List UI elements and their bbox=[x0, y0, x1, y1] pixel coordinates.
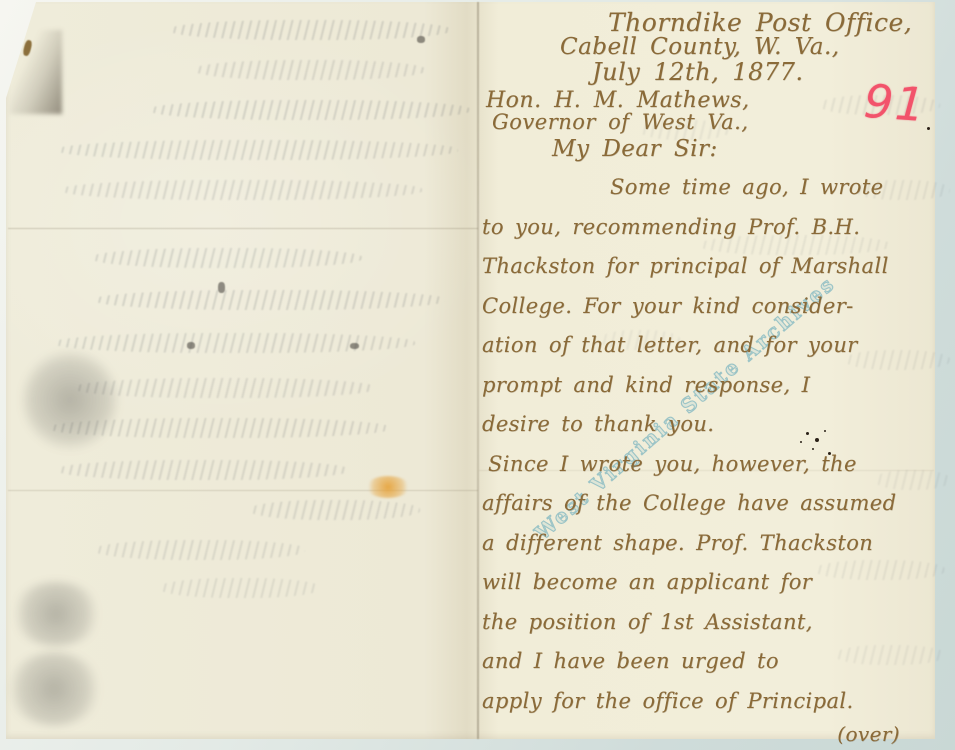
ghost-mark bbox=[350, 343, 359, 349]
ghost-mark bbox=[187, 342, 195, 349]
letter-body-line: desire to thank you. bbox=[482, 405, 934, 445]
letter-body-line: the position of 1st Assistant, bbox=[482, 603, 934, 643]
letter-body-line: College. For your kind consider- bbox=[482, 287, 934, 327]
catalog-number: 91 bbox=[862, 74, 928, 132]
letter-body-line: affairs of the College have assumed bbox=[482, 484, 934, 524]
ghost-mark bbox=[417, 36, 425, 43]
ghost-stroke bbox=[58, 460, 348, 480]
ink-dot bbox=[927, 127, 930, 130]
ghost-stroke bbox=[150, 100, 470, 120]
letter-body-line: (over) bbox=[482, 715, 934, 750]
folded-corner-shadow bbox=[10, 30, 62, 114]
letter-body-line: Some time ago, I wrote bbox=[482, 168, 934, 208]
rust-stain bbox=[366, 476, 410, 498]
letter-body-line: prompt and kind response, I bbox=[482, 366, 934, 406]
letter-body-line: to you, recommending Prof. B.H. bbox=[482, 208, 934, 248]
center-fold-line bbox=[477, 2, 479, 739]
salutation: My Dear Sir: bbox=[552, 136, 718, 162]
ghost-stroke bbox=[250, 500, 420, 520]
recipient-title-line: Governor of West Va., bbox=[492, 110, 749, 134]
ghost-stroke bbox=[95, 290, 445, 310]
heading-place-line: Thorndike Post Office, bbox=[608, 8, 912, 37]
letter-body-line: Thackston for principal of Marshall bbox=[482, 247, 934, 287]
ghost-stroke bbox=[170, 20, 450, 40]
letter-body: Some time ago, I wroteto you, recommendi… bbox=[482, 168, 934, 750]
smudge-mark bbox=[10, 582, 102, 646]
ghost-mark bbox=[218, 282, 225, 293]
ghost-stroke bbox=[95, 540, 305, 560]
ghost-stroke bbox=[55, 333, 415, 353]
letter-body-line: Since I wrote you, however, the bbox=[482, 445, 934, 485]
ghost-stroke bbox=[62, 180, 422, 200]
heading-county-line: Cabell County, W. Va., bbox=[560, 34, 840, 60]
letter-body-line: and I have been urged to bbox=[482, 642, 934, 682]
ghost-stroke bbox=[195, 60, 425, 80]
ghost-stroke bbox=[75, 378, 375, 398]
ghost-stroke bbox=[58, 140, 458, 160]
letter-body-line: a different shape. Prof. Thackston bbox=[482, 524, 934, 564]
ghost-stroke bbox=[92, 248, 362, 268]
smudge-mark bbox=[6, 652, 102, 726]
letter-body-line: will become an applicant for bbox=[482, 563, 934, 603]
smudge-mark bbox=[22, 350, 118, 450]
horizontal-crease bbox=[8, 228, 478, 229]
heading-date-line: July 12th, 1877. bbox=[592, 58, 804, 86]
ghost-stroke bbox=[160, 578, 320, 598]
scanned-letter: West Virginia State Archives 91 Thorndik… bbox=[0, 0, 955, 750]
letter-body-line: ation of that letter, and for your bbox=[482, 326, 934, 366]
